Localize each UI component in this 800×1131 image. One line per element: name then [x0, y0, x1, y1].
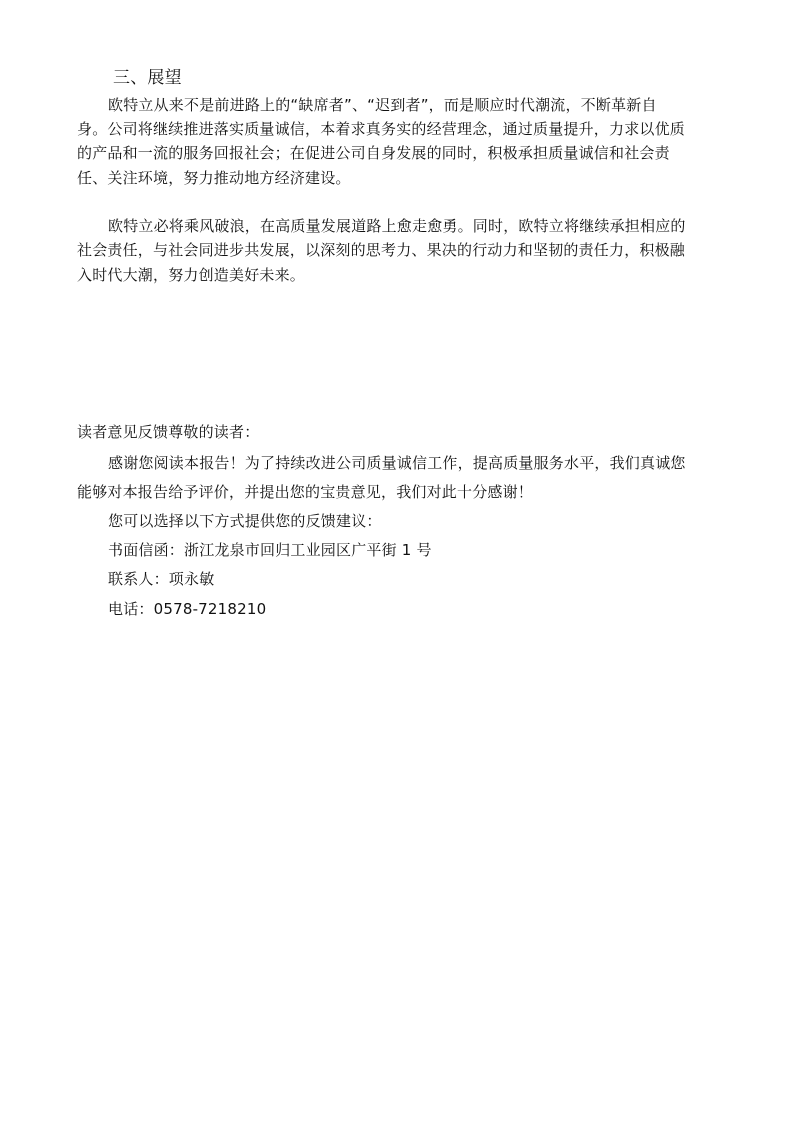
paragraph-2-line-1: 欧特立必将乘风破浪，在高质量发展道路上愈走愈勇。同时，欧特立将继续承担相应的	[108, 214, 686, 238]
section-heading: 三、展望	[113, 66, 182, 90]
document-page: 三、展望 欧特立从来不是前进路上的“缺席者”、“迟到者”，而是顺应时代潮流，不断…	[0, 0, 800, 1131]
feedback-contact: 联系人：项永敏	[108, 567, 214, 591]
feedback-phone: 电话：0578-7218210	[108, 597, 266, 621]
paragraph-2-line-3: 入时代大潮，努力创造美好未来。	[77, 263, 305, 287]
feedback-paragraph-line-2: 能够对本报告给予评价，并提出您的宝贵意见，我们对此十分感谢！	[77, 480, 533, 504]
feedback-intro: 您可以选择以下方式提供您的反馈建议：	[108, 509, 382, 533]
feedback-address: 书面信函：浙江龙泉市回归工业园区广平街 1 号	[108, 538, 432, 562]
paragraph-1-line-2: 身。公司将继续推进落实质量诚信，本着求真务实的经营理念，通过质量提升，力求以优质	[77, 117, 685, 141]
feedback-title: 读者意见反馈尊敬的读者：	[77, 420, 259, 444]
paragraph-1-line-4: 任、关注环境，努力推动地方经济建设。	[77, 166, 351, 190]
paragraph-1-line-1: 欧特立从来不是前进路上的“缺席者”、“迟到者”，而是顺应时代潮流，不断革新自	[108, 93, 657, 117]
feedback-paragraph-line-1: 感谢您阅读本报告！为了持续改进公司质量诚信工作，提高质量服务水平，我们真诚您	[108, 451, 686, 475]
paragraph-2-line-2: 社会责任，与社会同进步共发展，以深刻的思考力、果决的行动力和坚韧的责任力，积极融	[77, 238, 685, 262]
paragraph-1-line-3: 的产品和一流的服务回报社会；在促进公司自身发展的同时，积极承担质量诚信和社会责	[77, 141, 670, 165]
